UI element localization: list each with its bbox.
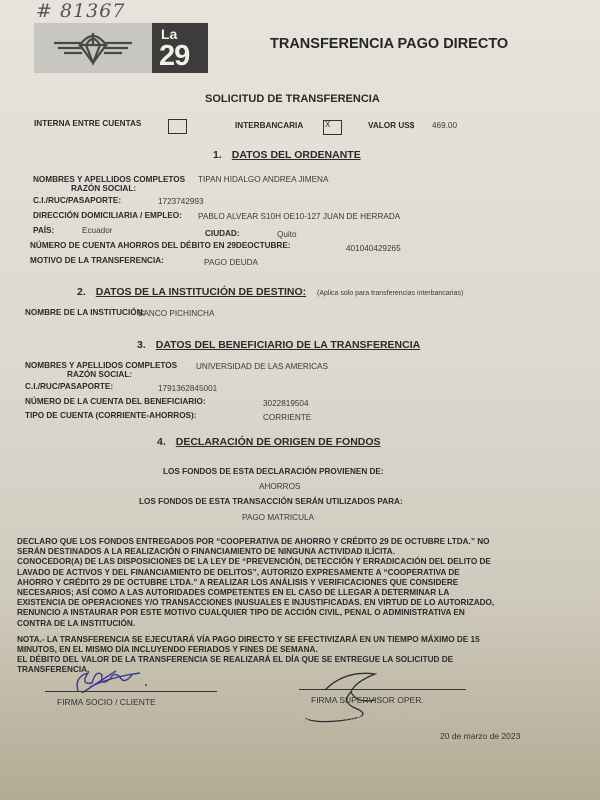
stamp-text: ASISTENTE ATENCIÓN AL CLIENTE xyxy=(295,713,444,722)
beneficiario-nombres: UNIVERSIDAD DE LAS AMERICAS xyxy=(196,362,328,371)
ordenante-razon-label: RAZÓN SOCIAL: xyxy=(71,184,136,193)
ordenante-ci-label: C.I./RUC/PASAPORTE: xyxy=(33,196,121,205)
checkbox-mark: X xyxy=(325,120,330,129)
document-date: 20 de marzo de 2023 xyxy=(440,731,520,741)
logo-la29: La 29 xyxy=(152,23,208,73)
ordenante-motivo: PAGO DEUDA xyxy=(204,258,258,267)
valor-label: VALOR US$ xyxy=(368,121,414,130)
supervisor-signature-label: FIRMA SUPERVISOR OPER. xyxy=(311,695,424,705)
section-1-heading: 1.DATOS DEL ORDENANTE xyxy=(213,149,361,161)
document-title: TRANSFERENCIA PAGO DIRECTO xyxy=(270,36,508,52)
client-signature-label: FIRMA SOCIO / CLIENTE xyxy=(57,697,156,707)
ordenante-pais: Ecuador xyxy=(82,226,113,235)
ordenante-ciudad-label: CIUDAD: xyxy=(205,229,240,238)
ordenante-direccion-label: DIRECCIÓN DOMICILIARIA / EMPLEO: xyxy=(33,211,182,220)
institucion-label: NOMBRE DE LA INSTITUCIÓN: xyxy=(25,308,145,317)
beneficiario-ci-label: C.I./RUC/PASAPORTE: xyxy=(25,382,113,391)
section-4-title: DECLARACIÓN DE ORIGEN DE FONDOS xyxy=(176,436,381,448)
section-2-heading: 2.DATOS DE LA INSTITUCIÓN DE DESTINO: xyxy=(77,286,306,298)
note-text: NOTA.- LA TRANSFERENCIA SE EJECUTARÁ VÍA… xyxy=(17,635,592,645)
supervisor-signature-line xyxy=(299,689,466,690)
ordenante-pais-label: PAÍS: xyxy=(33,226,54,235)
client-signature-line xyxy=(45,691,217,692)
interbancaria-checkbox[interactable]: X xyxy=(323,120,342,135)
document-subtitle: SOLICITUD DE TRANSFERENCIA xyxy=(205,93,380,105)
ordenante-cuenta: 401040429265 xyxy=(346,244,401,253)
logo-emblem xyxy=(34,23,152,73)
beneficiario-ci: 1791362845001 xyxy=(158,384,217,393)
ordenante-cuenta-label: NÚMERO DE CUENTA AHORROS DEL DÉBITO EN 2… xyxy=(30,241,291,250)
ordenante-ciudad: Quito xyxy=(277,230,297,239)
fondos-provienen: AHORROS xyxy=(259,482,300,491)
fondos-utilizados: PAGO MATRICULA xyxy=(242,513,314,522)
ordenante-motivo-label: MOTIVO DE LA TRANSFERENCIA: xyxy=(30,256,164,265)
fondos-provienen-label: LOS FONDOS DE ESTA DECLARACIÓN PROVIENEN… xyxy=(163,467,384,476)
valor-amount: 469.00 xyxy=(432,121,457,130)
fondos-utilizados-label: LOS FONDOS DE ESTA TRANSACCIÓN SERÁN UTI… xyxy=(139,497,403,506)
ordenante-direccion: PABLO ALVEAR S10H OE10-127 JUAN DE HERRA… xyxy=(198,212,400,221)
section-4-heading: 4.DECLARACIÓN DE ORIGEN DE FONDOS xyxy=(157,436,381,448)
institucion-nombre: BANCO PICHINCHA xyxy=(138,309,214,318)
beneficiario-tipo-label: TIPO DE CUENTA (CORRIENTE-AHORROS): xyxy=(25,411,196,420)
beneficiario-nombres-label: NOMBRES Y APELLIDOS COMPLETOS xyxy=(25,361,177,370)
interna-checkbox[interactable] xyxy=(168,119,187,134)
wings-parachute-icon xyxy=(34,23,152,73)
handwritten-reference-number: # 81367 xyxy=(36,0,125,22)
section-3-heading: 3.DATOS DEL BENEFICIARIO DE LA TRANSFERE… xyxy=(137,339,420,351)
section-1-title: DATOS DEL ORDENANTE xyxy=(232,149,361,161)
section-3-title: DATOS DEL BENEFICIARIO DE LA TRANSFERENC… xyxy=(156,339,420,351)
beneficiario-cuenta-label: NÚMERO DE LA CUENTA DEL BENEFICIARIO: xyxy=(25,397,206,406)
declaration-text: DECLARO QUE LOS FONDOS ENTREGADOS POR “C… xyxy=(17,537,592,676)
ordenante-nombres-label: NOMBRES Y APELLIDOS COMPLETOS xyxy=(33,175,185,184)
interbancaria-label: INTERBANCARIA xyxy=(235,121,303,130)
section-2-note: (Aplica solo para transferencias interba… xyxy=(317,290,463,297)
interna-label: INTERNA ENTRE CUENTAS xyxy=(34,119,141,128)
ordenante-nombres: TIPAN HIDALGO ANDREA JIMENA xyxy=(198,175,328,184)
beneficiario-cuenta: 3022819504 xyxy=(263,399,309,408)
section-2-title: DATOS DE LA INSTITUCIÓN DE DESTINO: xyxy=(96,286,306,298)
ordenante-ci: 1723742993 xyxy=(158,197,204,206)
logo-text-29: 29 xyxy=(159,40,189,73)
client-signature xyxy=(70,663,150,698)
beneficiario-razon-label: RAZÓN SOCIAL: xyxy=(67,370,132,379)
beneficiario-tipo: CORRIENTE xyxy=(263,413,311,422)
